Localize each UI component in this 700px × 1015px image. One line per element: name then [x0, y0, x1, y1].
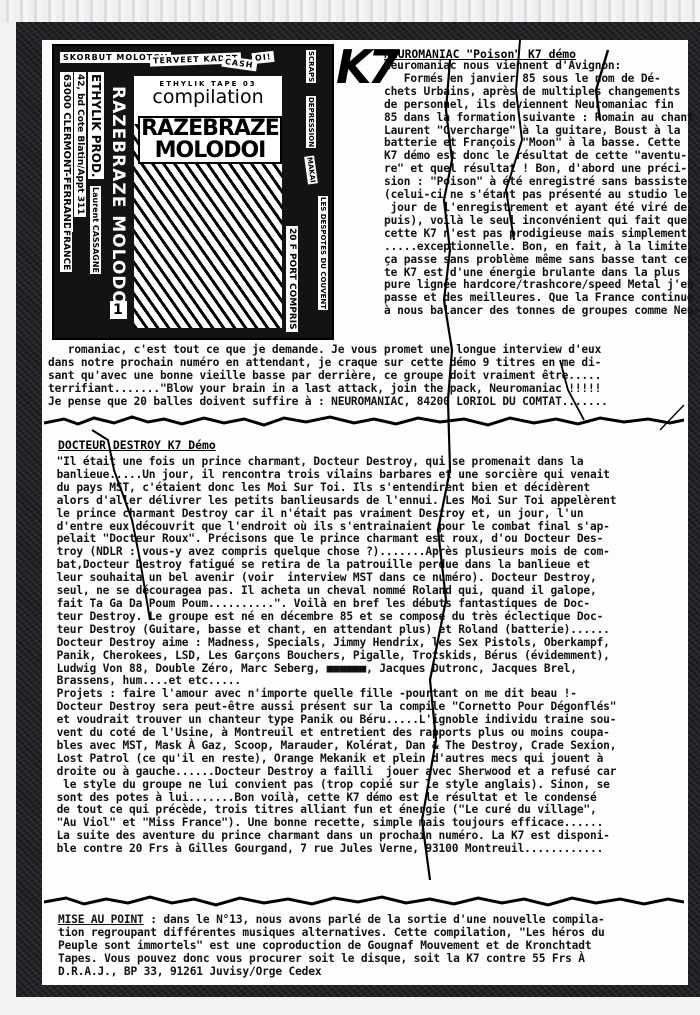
paper-crack-lines — [0, 0, 700, 1015]
